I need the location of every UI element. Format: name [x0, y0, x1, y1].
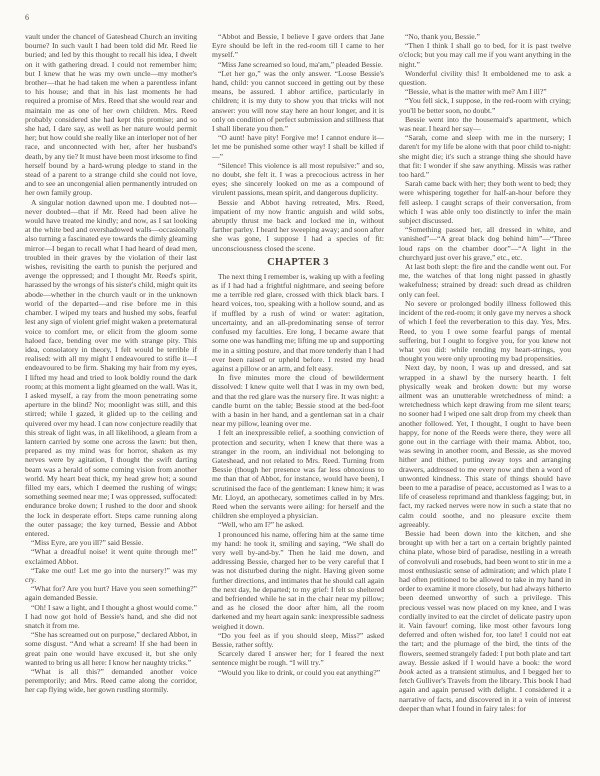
- paragraph: “What a dreadful noise! it went quite th…: [25, 547, 197, 565]
- paragraph: “Miss Eyre, are you ill?” said Bessie.: [25, 538, 197, 547]
- paragraph: “Sarah, come and sleep with me in the nu…: [399, 133, 571, 179]
- text-columns: vault under the chancel of Gateshead Chu…: [25, 32, 571, 752]
- paragraph: Bessie had been down into the kitchen, a…: [399, 529, 571, 713]
- paragraph: “Abbot and Bessie, I believe I gave orde…: [212, 32, 384, 60]
- paragraph: “Silence! This violence is all most repu…: [212, 161, 384, 198]
- paragraph: “Bessie, what is the matter with me? Am …: [399, 87, 571, 96]
- paragraph: “No, thank you, Bessie.”: [399, 32, 571, 41]
- paragraph: “Miss Jane screamed so loud, ma'am,” ple…: [212, 60, 384, 69]
- paragraph: A singular notion dawned upon me. I doub…: [25, 198, 197, 539]
- paragraph: Wonderful civility this! It emboldened m…: [399, 69, 571, 87]
- paragraph: “Would you like to drink, or could you e…: [212, 668, 384, 677]
- paragraph: “She has screamed out on purpose,” decla…: [25, 630, 197, 667]
- text-column-2: “Abbot and Bessie, I believe I gave orde…: [212, 32, 384, 752]
- column-3-paragraphs: “No, thank you, Bessie.”“Then I think I …: [399, 32, 571, 713]
- chapter-heading: CHAPTER 3: [212, 257, 384, 269]
- paragraph: “Oh! I saw a light, and I thought a ghos…: [25, 603, 197, 631]
- text-column-1: vault under the chancel of Gateshead Chu…: [25, 32, 197, 752]
- paragraph: In five minutes more the cloud of bewild…: [212, 373, 384, 428]
- paragraph: “Then I think I shall go to bed, for it …: [399, 41, 571, 69]
- book-page: 6 vault under the chancel of Gateshead C…: [0, 0, 600, 776]
- paragraph: vault under the chancel of Gateshead Chu…: [25, 32, 197, 198]
- paragraph: At last both slept: the fire and the can…: [399, 262, 571, 299]
- paragraph: Scarcely dared I answer her; for I feare…: [212, 649, 384, 667]
- paragraph: “What for? Are you hurt? Have you seen s…: [25, 584, 197, 602]
- paragraph: “Let her go,” was the only answer. “Loos…: [212, 69, 384, 133]
- text-column-3: “No, thank you, Bessie.”“Then I think I …: [399, 32, 571, 752]
- paragraph: “You fell sick, I suppose, in the red-ro…: [399, 96, 571, 114]
- paragraph: “Something passed her, all dressed in wh…: [399, 225, 571, 262]
- paragraph: “Well, who am I?” he asked.: [212, 520, 384, 529]
- paragraph: I pronounced his name, offering him at t…: [212, 530, 384, 631]
- column-2-paragraphs-after-heading: The next thing I remember is, waking up …: [212, 272, 384, 677]
- paragraph: The next thing I remember is, waking up …: [212, 272, 384, 373]
- paragraph: I felt an inexpressible relief, a soothi…: [212, 428, 384, 520]
- paragraph: “What is all this?” demanded another voi…: [25, 667, 197, 695]
- paragraph: “O aunt! have pity! Forgive me! I cannot…: [212, 133, 384, 161]
- paragraph: Sarah came back with her; they both went…: [399, 179, 571, 225]
- paragraph: Bessie and Abbot having retreated, Mrs. …: [212, 198, 384, 253]
- column-2-paragraphs-before-heading: “Abbot and Bessie, I believe I gave orde…: [212, 32, 384, 253]
- column-1-paragraphs: vault under the chancel of Gateshead Chu…: [25, 32, 197, 695]
- paragraph: “Take me out! Let me go into the nursery…: [25, 566, 197, 584]
- paragraph: Bessie went into the housemaid's apartme…: [399, 115, 571, 133]
- page-number: 6: [25, 13, 29, 22]
- paragraph: “Do you feel as if you should sleep, Mis…: [212, 631, 384, 649]
- paragraph: No severe or prolonged bodily illness fo…: [399, 299, 571, 363]
- paragraph: Next day, by noon, I was up and dressed,…: [399, 363, 571, 529]
